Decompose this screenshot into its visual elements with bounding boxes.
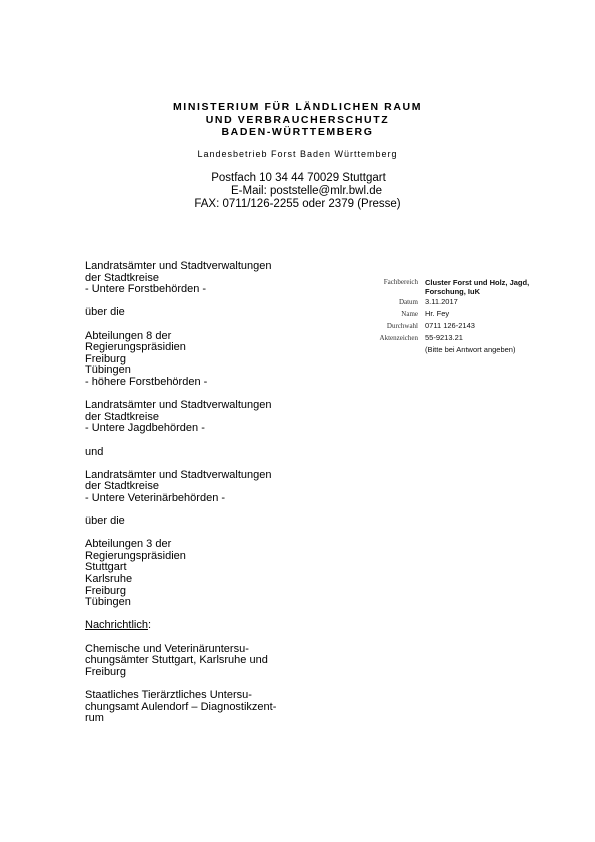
recipient-block: Landratsämter und Stadtverwaltungen der … xyxy=(85,470,325,505)
recipient-line: - Untere Jagdbehörden - xyxy=(85,423,325,435)
info-row-durchwahl: Durchwahl 0711 126-2143 xyxy=(360,320,560,332)
recipient-line: - Untere Forstbehörden - xyxy=(85,284,325,296)
ministry-line: UND VERBRAUCHERSCHUTZ xyxy=(0,114,595,127)
info-row-name: Name Hr. Fey xyxy=(360,308,560,320)
info-value: 55-9213.21 xyxy=(425,332,560,344)
letterhead: MINISTERIUM FÜR LÄNDLICHEN RAUM UND VERB… xyxy=(0,101,595,211)
ministry-subtitle: Landesbetrieb Forst Baden Württemberg xyxy=(0,149,595,160)
info-row-fachbereich: Fachbereich Cluster Forst und Holz, Jagd… xyxy=(360,276,560,296)
info-row-aktenzeichen: Aktenzeichen 55-9213.21 xyxy=(360,332,560,344)
recipient-line: und xyxy=(85,447,325,459)
info-value: 0711 126-2143 xyxy=(425,320,560,332)
cc-block: Chemische und Veterinäruntersu- chungsäm… xyxy=(85,644,325,679)
info-row-datum: Datum 3.11.2017 xyxy=(360,296,560,308)
cc-block: Staatliches Tierärztliches Untersu- chun… xyxy=(85,690,325,725)
recipient-line: Landratsämter und Stadtverwaltungen xyxy=(85,400,325,412)
recipient-line: - Untere Veterinärbehörden - xyxy=(85,493,325,505)
recipient-line: über die xyxy=(85,307,325,319)
info-value: 3.11.2017 xyxy=(425,296,560,308)
recipient-block: Landratsämter und Stadtverwaltungen der … xyxy=(85,400,325,435)
recipient-block: über die xyxy=(85,516,325,528)
postfach-line: Postfach 10 34 44 70029 Stuttgart xyxy=(0,172,595,185)
fax-line: FAX: 0711/126-2255 oder 2379 (Presse) xyxy=(0,198,595,211)
cc-line: chungsamt Aulendorf – Diagnostikzent- xyxy=(85,702,325,714)
nachrichtlich-label: Nachrichtlich xyxy=(85,619,148,631)
recipient-block: über die xyxy=(85,307,325,319)
info-value: Hr. Fey xyxy=(425,308,560,320)
recipient-line: Karlsruhe xyxy=(85,574,325,586)
recipient-line: Regierungspräsidien xyxy=(85,342,325,354)
info-label: Fachbereich xyxy=(360,276,425,288)
email-line: E-Mail: poststelle@mlr.bwl.de xyxy=(0,185,595,198)
nachrichtlich-colon: : xyxy=(148,619,151,631)
recipient-block: Landratsämter und Stadtverwaltungen der … xyxy=(85,261,325,296)
recipient-block: und xyxy=(85,447,325,459)
recipient-line: über die xyxy=(85,516,325,528)
info-label: Durchwahl xyxy=(360,320,425,332)
info-value: (Bitte bei Antwort angeben) xyxy=(425,344,560,356)
info-row-note: (Bitte bei Antwort angeben) xyxy=(360,344,560,356)
recipient-block: Abteilungen 8 der Regierungspräsidien Fr… xyxy=(85,331,325,389)
info-label: Datum xyxy=(360,296,425,308)
ministry-address: Postfach 10 34 44 70029 Stuttgart E-Mail… xyxy=(0,172,595,211)
cc-line: Staatliches Tierärztliches Untersu- xyxy=(85,690,325,702)
ministry-name: MINISTERIUM FÜR LÄNDLICHEN RAUM UND VERB… xyxy=(0,101,595,139)
cc-line: rum xyxy=(85,713,325,725)
info-label: Aktenzeichen xyxy=(360,332,425,344)
cc-line: Freiburg xyxy=(85,667,325,679)
recipient-list: Landratsämter und Stadtverwaltungen der … xyxy=(85,261,325,736)
recipient-block: Abteilungen 3 der Regierungspräsidien St… xyxy=(85,539,325,609)
nachrichtlich-heading: Nachrichtlich: xyxy=(85,620,325,632)
letter-page: MINISTERIUM FÜR LÄNDLICHEN RAUM UND VERB… xyxy=(0,0,595,842)
ministry-line: MINISTERIUM FÜR LÄNDLICHEN RAUM xyxy=(0,101,595,114)
info-table: Fachbereich Cluster Forst und Holz, Jagd… xyxy=(360,276,560,356)
info-value: Cluster Forst und Holz, Jagd, Forschung,… xyxy=(425,276,560,296)
recipient-line: Tübingen xyxy=(85,597,325,609)
info-label: Name xyxy=(360,308,425,320)
recipient-line: - höhere Forstbehörden - xyxy=(85,377,325,389)
ministry-line: BADEN-WÜRTTEMBERG xyxy=(0,126,595,139)
recipient-line: Landratsämter und Stadtverwaltungen xyxy=(85,261,325,273)
